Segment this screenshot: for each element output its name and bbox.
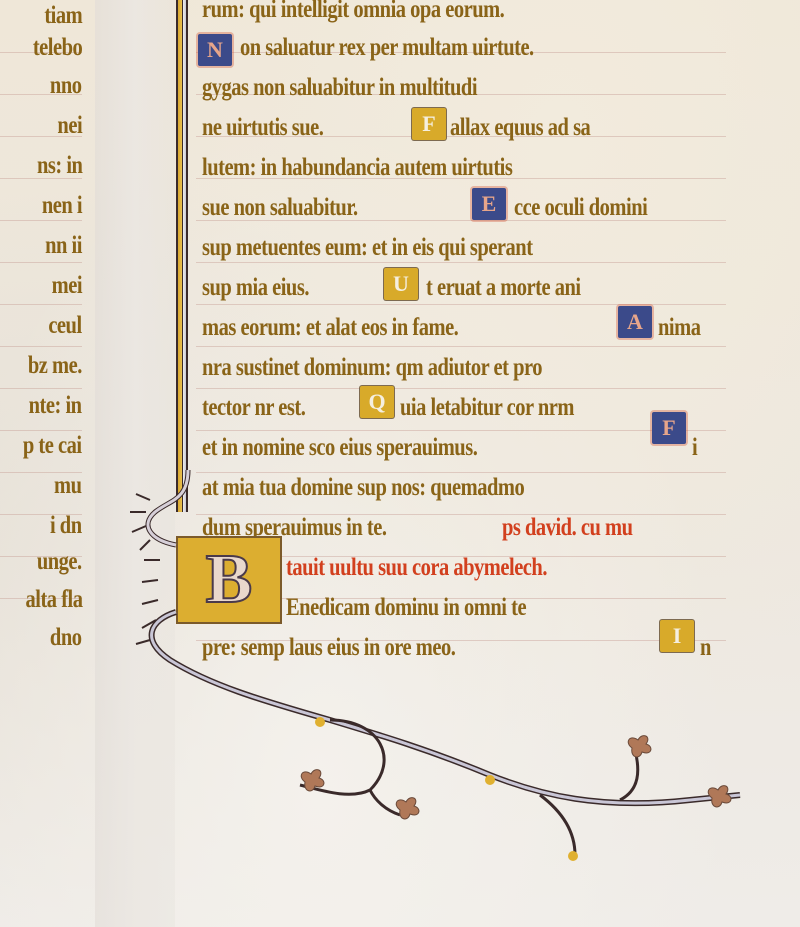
ivy-vine-decoration xyxy=(0,0,800,927)
border-terminal-upper xyxy=(148,470,188,545)
border-terminal-lower xyxy=(152,612,740,855)
ivy-leaves xyxy=(301,736,731,819)
